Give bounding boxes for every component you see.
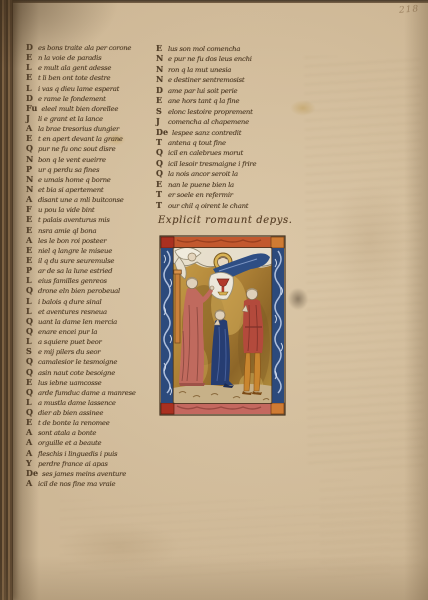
line-text: bon q le vent eueirre bbox=[38, 156, 106, 164]
line-text: niel q langre le miseue bbox=[38, 247, 112, 255]
line-initial: Q bbox=[156, 147, 164, 157]
line-initial: T bbox=[156, 189, 164, 199]
line-text: nan le puene bien la bbox=[168, 181, 234, 189]
line-text: e mult ala gent adesse bbox=[38, 64, 111, 72]
verse-line: Delespee sanz contredit bbox=[156, 127, 304, 137]
verse-line: Quant la dame len mercia bbox=[26, 316, 162, 326]
verse-line: Ne umais home q borne bbox=[26, 174, 162, 184]
verse-line: En la voie de paradis bbox=[26, 52, 162, 62]
line-text: i vas q dieu lame esperat bbox=[38, 85, 119, 93]
line-initial: E bbox=[26, 417, 34, 427]
line-initial: L bbox=[26, 296, 34, 306]
verse-line: Qcamalesior le tesmoigne bbox=[26, 356, 162, 366]
line-text: camalesior le tesmoigne bbox=[38, 358, 117, 366]
line-text: i balois q dure sinal bbox=[38, 298, 101, 306]
verse-line: Ala brae tresorius dungier bbox=[26, 123, 162, 133]
verse-line: Elus iebne uamcosse bbox=[26, 377, 162, 387]
line-initial: E bbox=[26, 133, 34, 143]
line-initial: E bbox=[26, 245, 34, 255]
line-initial: E bbox=[26, 72, 34, 82]
verse-line: Des bons traite ala per corone bbox=[26, 42, 162, 52]
line-initial: S bbox=[26, 346, 34, 356]
line-initial: A bbox=[26, 448, 34, 458]
right-edge-shadow bbox=[404, 0, 428, 600]
line-initial: N bbox=[26, 184, 34, 194]
line-text: nsra amie ql bona bbox=[38, 227, 96, 235]
line-text: ane hors tant q la fine bbox=[168, 97, 239, 105]
verse-line: Li balois q dure sinal bbox=[26, 296, 162, 306]
explicit-rubric: Explicit romaunt depys. bbox=[158, 215, 293, 226]
verse-line: Tour chil q oirent le chant bbox=[156, 200, 304, 210]
line-initial: E bbox=[26, 214, 34, 224]
line-text: arde fumduc dame a manrese bbox=[38, 389, 136, 397]
line-initial: A bbox=[26, 235, 34, 245]
verse-line: Ter soele en refermir bbox=[156, 189, 304, 199]
line-initial: A bbox=[26, 437, 34, 447]
line-initial: Q bbox=[26, 316, 34, 326]
verse-line: La mustla dame lassence bbox=[26, 397, 162, 407]
line-text: comencha al chapemene bbox=[168, 118, 249, 126]
line-text: uant la dame len mercia bbox=[38, 318, 117, 326]
book-page-edges bbox=[0, 0, 13, 600]
line-initial: D bbox=[26, 42, 34, 52]
verse-line: Ensra amie ql bona bbox=[26, 225, 162, 235]
line-text: perdre france ai apas bbox=[38, 460, 108, 468]
line-initial: De bbox=[26, 468, 38, 478]
line-initial: Q bbox=[26, 326, 34, 336]
parchment-stain bbox=[288, 288, 308, 310]
line-initial: E bbox=[156, 179, 164, 189]
line-text: es bons traite ala per corone bbox=[38, 44, 131, 52]
line-initial: N bbox=[26, 174, 34, 184]
verse-line: Ales le bon roi posteer bbox=[26, 235, 162, 245]
line-initial: Q bbox=[26, 367, 34, 377]
verse-line: Qicil en calebrues morut bbox=[156, 147, 304, 157]
verse-line: Nbon q le vent eueirre bbox=[26, 154, 162, 164]
verse-line: Selonc lestoire proprement bbox=[156, 106, 304, 116]
verse-line: Deses james meins aventure bbox=[26, 468, 162, 478]
line-initial: N bbox=[156, 64, 164, 74]
line-initial: E bbox=[26, 225, 34, 235]
line-text: ur q perdu sa fines bbox=[38, 166, 99, 174]
grail-miniature bbox=[159, 235, 286, 416]
verse-column-left: Des bons traite ala per corone En la voi… bbox=[26, 42, 162, 488]
verse-line: Elus son mol comencha bbox=[156, 43, 304, 53]
verse-line: Qdrone eln bien perobeual bbox=[26, 285, 162, 295]
verse-line: Qicil lesoir tresmaigne i frire bbox=[156, 158, 304, 168]
line-text: drone eln bien perobeual bbox=[38, 287, 120, 295]
verse-line: Qarde fumduc dame a manrese bbox=[26, 387, 162, 397]
line-text: les le bon roi posteer bbox=[38, 237, 106, 245]
line-initial: Fu bbox=[26, 103, 37, 113]
verse-line: Qdier ab bien assinee bbox=[26, 407, 162, 417]
verse-line: Let aventures resneua bbox=[26, 306, 162, 316]
line-text: t palais aventurus mis bbox=[38, 216, 110, 224]
bottom-shadow bbox=[0, 556, 428, 600]
line-text: ron q la mut unesia bbox=[168, 66, 231, 74]
line-text: pur ne fu onc sout disre bbox=[38, 145, 115, 153]
line-initial: N bbox=[156, 53, 164, 63]
line-initial: L bbox=[26, 336, 34, 346]
line-text: t en apert devant la grane bbox=[38, 135, 123, 143]
line-initial: E bbox=[26, 255, 34, 265]
verse-line: Eil q du sure seuremulse bbox=[26, 255, 162, 265]
folio-number: 218 bbox=[399, 4, 420, 15]
line-initial: De bbox=[156, 127, 168, 137]
line-initial: E bbox=[26, 52, 34, 62]
pillar bbox=[174, 270, 182, 343]
line-initial: Q bbox=[26, 285, 34, 295]
line-text: e pur ne fu dos leus enchi bbox=[168, 55, 252, 63]
verse-line: Yperdre france ai apas bbox=[26, 458, 162, 468]
line-text: u pou la vide bint bbox=[38, 206, 94, 214]
line-initial: A bbox=[26, 427, 34, 437]
line-initial: A bbox=[26, 194, 34, 204]
line-text: lespee sanz contredit bbox=[172, 129, 241, 137]
verse-line: Et de bonte la renomee bbox=[26, 417, 162, 427]
line-text: sont atala a bonte bbox=[38, 429, 96, 437]
line-initial: D bbox=[156, 85, 164, 95]
line-initial: Q bbox=[26, 387, 34, 397]
line-initial: J bbox=[26, 113, 34, 123]
line-text: our chil q oirent le chant bbox=[168, 202, 248, 210]
line-text: fleschis i linguedis i puis bbox=[38, 450, 117, 458]
line-text: icil en calebrues morut bbox=[168, 149, 243, 157]
line-text: ar de sa la lune estried bbox=[38, 267, 112, 275]
line-text: disant une a mli buitconse bbox=[38, 196, 124, 204]
line-initial: Q bbox=[156, 158, 164, 168]
verse-line: Enan le puene bien la bbox=[156, 179, 304, 189]
line-initial: A bbox=[26, 123, 34, 133]
verse-line: Nron q la mut unesia bbox=[156, 64, 304, 74]
verse-line: Tantena q tout fine bbox=[156, 137, 304, 147]
verse-line: Dame par lui soit perie bbox=[156, 85, 304, 95]
line-text: enare encei pur la bbox=[38, 328, 97, 336]
line-initial: E bbox=[156, 95, 164, 105]
line-text: icil de nos fine ma vraie bbox=[38, 480, 115, 488]
line-text: eius familles genreos bbox=[38, 277, 107, 285]
line-initial: S bbox=[156, 106, 164, 116]
line-text: il q du sure seuremulse bbox=[38, 257, 114, 265]
verse-line: Qenare encei pur la bbox=[26, 326, 162, 336]
verse-line: Et palais aventurus mis bbox=[26, 214, 162, 224]
verse-line: Eniel q langre le miseue bbox=[26, 245, 162, 255]
line-initial: T bbox=[156, 137, 164, 147]
manuscript-page: 218 Des bons traite ala per corone En la… bbox=[0, 0, 428, 600]
line-text: t li ben ont tote destre bbox=[38, 74, 110, 82]
line-initial: D bbox=[26, 93, 34, 103]
line-text: n la voie de paradis bbox=[38, 54, 101, 62]
line-text: lus son mol comencha bbox=[168, 45, 240, 53]
verse-line: De rame le fondement bbox=[26, 93, 162, 103]
line-text: la brae tresorius dungier bbox=[38, 125, 119, 133]
verse-line: Asont atala a bonte bbox=[26, 427, 162, 437]
verse-line: Ne destiner sentremosist bbox=[156, 74, 304, 84]
line-text: e umais home q borne bbox=[38, 176, 111, 184]
line-initial: Q bbox=[26, 356, 34, 366]
verse-line: Jcomencha al chapemene bbox=[156, 116, 304, 126]
verse-column-right: Elus son mol comencha Ne pur ne fu dos l… bbox=[156, 43, 304, 210]
line-initial: P bbox=[26, 164, 34, 174]
verse-line: Ne pur ne fu dos leus enchi bbox=[156, 53, 304, 63]
line-initial: N bbox=[156, 74, 164, 84]
line-text: dier ab bien assinee bbox=[38, 409, 103, 417]
line-initial: L bbox=[26, 306, 34, 316]
line-text: asin naut cote besoigne bbox=[38, 369, 115, 377]
line-initial: L bbox=[26, 83, 34, 93]
verse-line: Qpur ne fu onc sout disre bbox=[26, 143, 162, 153]
line-text: a mustla dame lassence bbox=[38, 399, 116, 407]
line-text: e destiner sentremosist bbox=[168, 76, 244, 84]
line-initial: Q bbox=[26, 407, 34, 417]
line-text: er soele en refermir bbox=[168, 191, 233, 199]
line-initial: F bbox=[26, 204, 34, 214]
line-text: elonc lestoire proprement bbox=[168, 108, 253, 116]
verse-line: Se mij pilers du seor bbox=[26, 346, 162, 356]
line-initial: P bbox=[26, 265, 34, 275]
verse-line: Fueleel mult bien dorellee bbox=[26, 103, 162, 113]
verse-line: Afleschis i linguedis i puis bbox=[26, 448, 162, 458]
line-initial: L bbox=[26, 275, 34, 285]
line-text: e mij pilers du seor bbox=[38, 348, 100, 356]
line-text: et aventures resneua bbox=[38, 308, 107, 316]
line-initial: J bbox=[156, 116, 164, 126]
verse-line: Li vas q dieu lame esperat bbox=[26, 83, 162, 93]
verse-line: Aorguille et a beaute bbox=[26, 437, 162, 447]
parchment-stain bbox=[330, 180, 410, 300]
line-text: la nois ancor seroit la bbox=[168, 170, 238, 178]
verse-line: Net bia si apertement bbox=[26, 184, 162, 194]
line-initial: N bbox=[26, 154, 34, 164]
line-text: a squiere puet beor bbox=[38, 338, 102, 346]
line-text: orguille et a beaute bbox=[38, 439, 101, 447]
verse-line: Par de sa la lune estried bbox=[26, 265, 162, 275]
verse-line: Jli e grant et la lance bbox=[26, 113, 162, 123]
verse-line: Leius familles genreos bbox=[26, 275, 162, 285]
line-text: li e grant et la lance bbox=[38, 115, 103, 123]
verse-line: Qasin naut cote besoigne bbox=[26, 367, 162, 377]
line-initial: A bbox=[26, 478, 34, 488]
line-text: icil lesoir tresmaigne i frire bbox=[168, 160, 256, 168]
line-text: ses james meins aventure bbox=[42, 470, 126, 478]
line-initial: L bbox=[26, 62, 34, 72]
verse-line: La squiere puet beor bbox=[26, 336, 162, 346]
line-initial: E bbox=[26, 377, 34, 387]
verse-line: Et li ben ont tote destre bbox=[26, 72, 162, 82]
line-text: e rame le fondement bbox=[38, 95, 106, 103]
line-initial: L bbox=[26, 397, 34, 407]
line-text: antena q tout fine bbox=[168, 139, 226, 147]
line-initial: T bbox=[156, 200, 164, 210]
verse-line: Pur q perdu sa fines bbox=[26, 164, 162, 174]
verse-line: Qla nois ancor seroit la bbox=[156, 168, 304, 178]
verse-line: Aicil de nos fine ma vraie bbox=[26, 478, 162, 488]
line-text: ame par lui soit perie bbox=[168, 87, 237, 95]
line-text: t de bonte la renomee bbox=[38, 419, 110, 427]
line-text: lus iebne uamcosse bbox=[38, 379, 102, 387]
verse-line: Le mult ala gent adesse bbox=[26, 62, 162, 72]
line-initial: Q bbox=[26, 143, 34, 153]
verse-line: Eane hors tant q la fine bbox=[156, 95, 304, 105]
verse-line: Adisant une a mli buitconse bbox=[26, 194, 162, 204]
verse-line: Et en apert devant la grane bbox=[26, 133, 162, 143]
line-initial: E bbox=[156, 43, 164, 53]
verse-line: Fu pou la vide bint bbox=[26, 204, 162, 214]
line-initial: Y bbox=[26, 458, 34, 468]
line-text: et bia si apertement bbox=[38, 186, 103, 194]
line-text: eleel mult bien dorellee bbox=[41, 105, 118, 113]
line-initial: Q bbox=[156, 168, 164, 178]
